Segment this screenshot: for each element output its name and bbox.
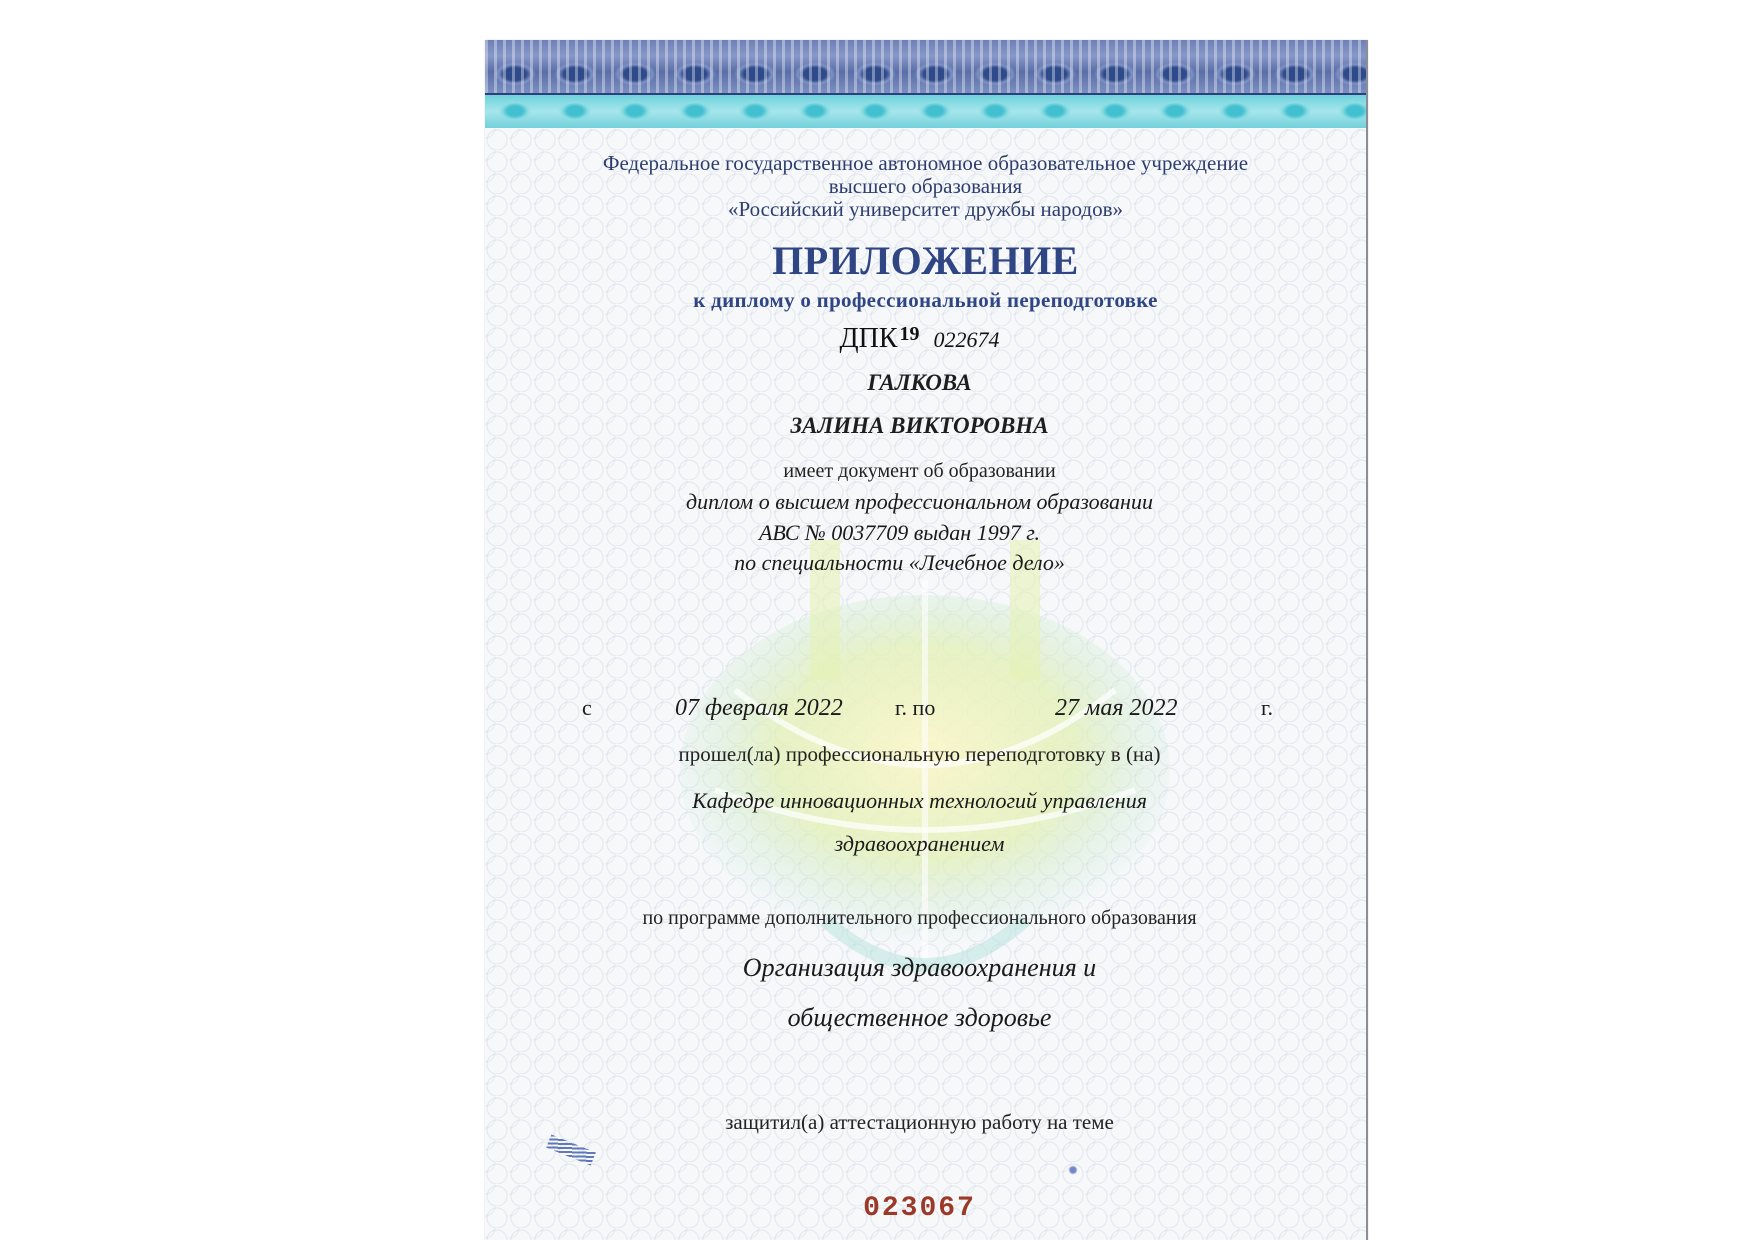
holder-surname: ГАЛКОВА (485, 370, 1360, 396)
security-band-blue (485, 40, 1366, 95)
period-mid-label: г. по (895, 695, 935, 721)
prior-education-label: имеет документ об образовании (485, 460, 1360, 483)
prior-education-specialty: по специальности «Лечебное дело» (485, 550, 1340, 576)
training-period: с 07 февраля 2022 г. по 27 мая 2022 г. (485, 695, 1366, 725)
document-subtitle: к диплому о профессиональной переподгото… (485, 288, 1366, 313)
department-line-2: здравоохранением (485, 831, 1360, 857)
form-serial-number: 023067 (485, 1193, 1360, 1224)
ink-dot (1068, 1164, 1078, 1176)
thesis-label: защитил(а) аттестационную работу на теме (485, 1110, 1360, 1135)
diploma-number-value: 022674 (934, 327, 1000, 352)
diploma-prefix: ДПК (840, 323, 898, 354)
security-band-teal (485, 95, 1366, 128)
period-to-date: 27 мая 2022 (1055, 695, 1177, 722)
department-line-1: Кафедре инновационных технологий управле… (485, 788, 1360, 814)
diploma-number: ДПК19022674 (485, 323, 1360, 355)
period-from-date: 07 февраля 2022 (675, 695, 843, 722)
document-title: ПРИЛОЖЕНИЕ (485, 237, 1366, 284)
institution-line-2: высшего образования (485, 174, 1366, 199)
ink-mark (546, 1135, 596, 1166)
diploma-supplement-page: Федеральное государственное автономное о… (485, 40, 1368, 1240)
holder-name: ЗАЛИНА ВИКТОРОВНА (485, 413, 1360, 439)
diploma-series: 19 (900, 323, 920, 345)
institution-name: «Российский университет дружбы народов» (485, 197, 1366, 222)
prior-education-details: АВС № 0037709 выдан 1997 г. (485, 520, 1340, 546)
program-name-line-1: Организация здравоохранения и (485, 953, 1360, 983)
program-name-line-2: общественное здоровье (485, 1003, 1360, 1033)
program-label: по программе дополнительного профессиона… (485, 907, 1360, 930)
period-end-label: г. (1261, 695, 1273, 721)
period-from-label: с (582, 695, 592, 721)
institution-line-1: Федеральное государственное автономное о… (485, 151, 1366, 176)
training-label: прошел(ла) профессиональную переподготов… (485, 742, 1360, 767)
prior-education-type: диплом о высшем профессиональном образов… (485, 489, 1360, 515)
